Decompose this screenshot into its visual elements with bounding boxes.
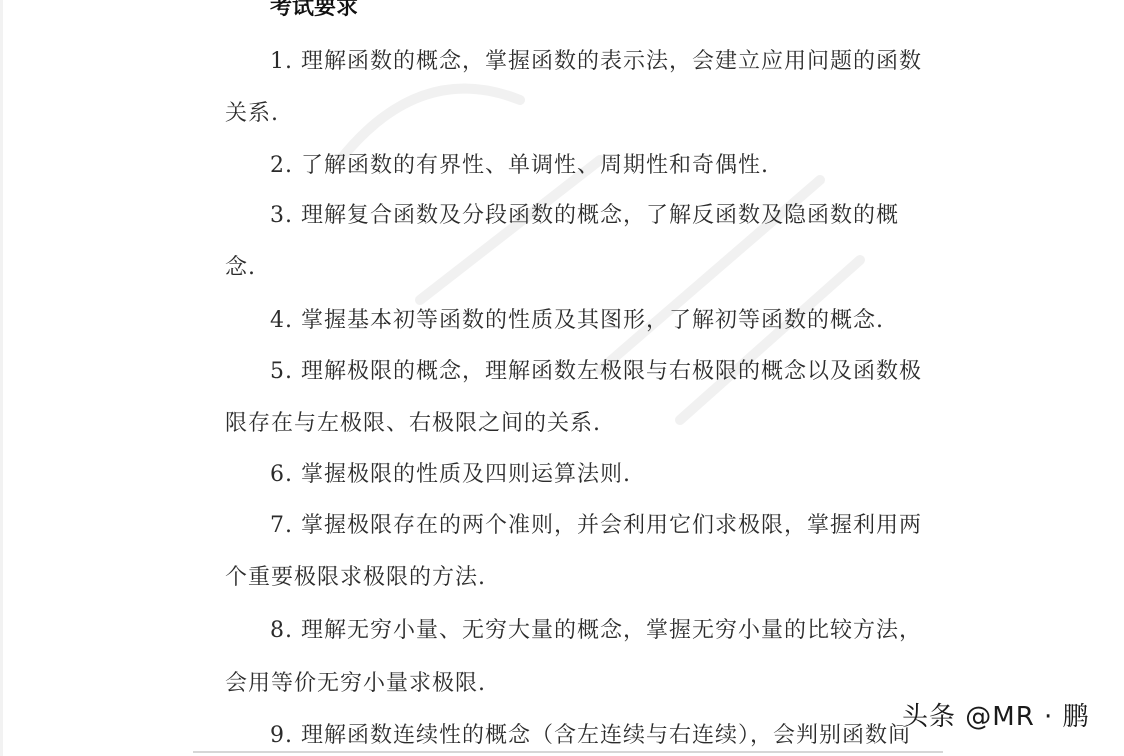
document-page: 考试要求 1. 理解函数的概念，掌握函数的表示法，会建立应用问题的函数 关系. …	[0, 0, 1124, 756]
requirement-line: 7. 掌握极限存在的两个准则，并会利用它们求极限，掌握利用两	[270, 512, 922, 540]
requirement-line: 8. 理解无穷小量、无穷大量的概念，掌握无穷小量的比较方法，	[270, 617, 922, 645]
page-bottom-rule	[193, 751, 943, 753]
requirement-line: 2. 了解函数的有界性、单调性、周期性和奇偶性.	[270, 152, 769, 180]
requirement-line: 6. 掌握极限的性质及四则运算法则.	[270, 461, 631, 489]
requirement-continuation: 关系.	[225, 100, 279, 128]
requirement-continuation: 个重要极限求极限的方法.	[225, 564, 486, 592]
requirement-continuation: 会用等价无穷小量求极限.	[225, 670, 486, 698]
requirement-line: 4. 掌握基本初等函数的性质及其图形，了解初等函数的概念.	[270, 307, 884, 335]
requirement-line: 1. 理解函数的概念，掌握函数的表示法，会建立应用问题的函数	[270, 48, 922, 76]
requirement-line: 9. 理解函数连续性的概念（含左连续与右连续），会判别函数间	[270, 722, 911, 750]
requirement-continuation: 念.	[225, 254, 256, 282]
section-title: 考试要求	[270, 0, 358, 22]
brand-watermark: 头条 @MR · 鹏	[902, 700, 1090, 734]
requirement-continuation: 限存在与左极限、右极限之间的关系.	[225, 410, 601, 438]
requirement-line: 5. 理解极限的概念，理解函数左极限与右极限的概念以及函数极	[270, 358, 922, 386]
requirement-line: 3. 理解复合函数及分段函数的概念，了解反函数及隐函数的概	[270, 202, 899, 230]
